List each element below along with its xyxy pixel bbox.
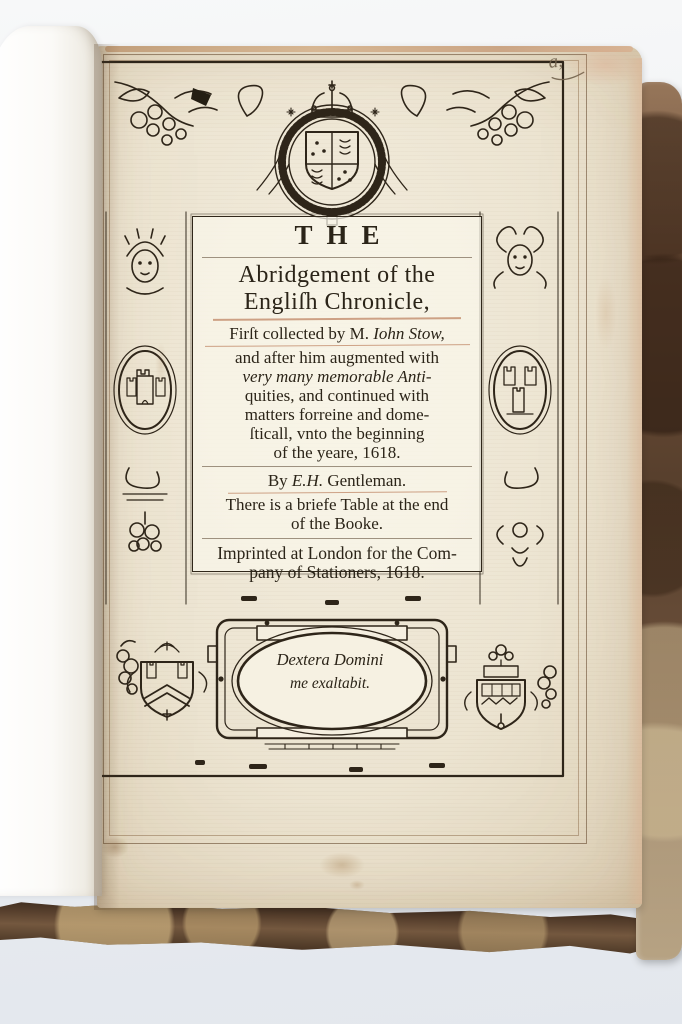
castle-medallion-left bbox=[114, 346, 176, 434]
body-line: ſticall, vnto the beginning bbox=[193, 424, 481, 443]
byline-post: Gentleman. bbox=[323, 471, 406, 490]
shield-right-ornament bbox=[465, 645, 538, 729]
motto-line-1: Dextera Domini bbox=[213, 647, 447, 673]
attribution-author-italic: Iohn Stow, bbox=[373, 324, 444, 343]
body-line: of the yeare, 1618. bbox=[193, 443, 481, 462]
motto-line-2: me exaltabit. bbox=[213, 673, 447, 695]
cherub-head-ornament bbox=[494, 227, 546, 288]
title-line-1: Abridgement of the bbox=[193, 262, 481, 289]
fruit-pendant-right bbox=[538, 666, 556, 708]
page-fore-edge-tint bbox=[626, 58, 642, 904]
royal-quartered-shield bbox=[306, 132, 358, 189]
age-stain bbox=[319, 852, 365, 878]
body-line: matters forreine and dome- bbox=[193, 405, 481, 424]
byline-pre: By bbox=[268, 471, 292, 490]
byline-initials-italic: E.H. bbox=[292, 471, 323, 490]
age-stain bbox=[595, 276, 617, 350]
imprint-line-2: pany of Stationers, 1618. bbox=[193, 563, 481, 582]
age-stain bbox=[349, 880, 365, 890]
red-ink-underline bbox=[205, 344, 470, 347]
red-ink-underline bbox=[213, 317, 461, 321]
photo-of-antique-book-title-page: THE Abridgement of the Engliſh Chronicle… bbox=[0, 0, 682, 1024]
facing-page bbox=[0, 26, 102, 896]
border-right-column bbox=[480, 212, 558, 604]
volute-right bbox=[505, 468, 538, 488]
motto-cartouche-text: Dextera Domini me exaltabit. bbox=[213, 647, 447, 695]
body-line: quities, and continued with bbox=[193, 386, 481, 405]
volute-left bbox=[126, 468, 159, 488]
putto-right bbox=[497, 523, 543, 566]
volute-top-left bbox=[238, 86, 262, 116]
attribution-roman: Firſt collected by M. bbox=[229, 324, 373, 343]
head-word: THE bbox=[193, 220, 481, 250]
small-woodcut-marks-upper bbox=[241, 596, 421, 605]
shield-left-ornament bbox=[127, 642, 206, 720]
title-text-panel: THE Abridgement of the Engliſh Chronicle… bbox=[192, 216, 482, 572]
title-line-2: Engliſh Chronicle, bbox=[193, 289, 481, 316]
body-line: and after him augmented with bbox=[193, 348, 481, 367]
ornament-top-right-fruit bbox=[447, 82, 549, 145]
castle-medallion-right bbox=[489, 346, 551, 434]
printed-rule bbox=[202, 538, 473, 539]
border-bottom-band bbox=[117, 620, 556, 772]
handwritten-annotation: a, bbox=[547, 48, 586, 84]
border-left-column bbox=[106, 212, 186, 604]
volute-top-right bbox=[402, 86, 426, 116]
imprint-line-1: Imprinted at London for the Com- bbox=[193, 544, 481, 563]
body-line-italic: very many memorable Anti- bbox=[193, 367, 481, 386]
printed-rule bbox=[202, 466, 473, 467]
handwritten-annotation-text: a, bbox=[547, 50, 563, 72]
mask-head-ornament bbox=[125, 229, 165, 294]
attribution-line: Firſt collected by M. Iohn Stow, bbox=[193, 324, 481, 343]
table-note-line-2: of the Booke. bbox=[193, 514, 481, 533]
byline: By E.H. Gentleman. bbox=[193, 471, 481, 490]
red-ink-underline bbox=[228, 491, 447, 494]
table-note-line-1: There is a briefe Table at the end bbox=[193, 495, 481, 514]
title-page: THE Abridgement of the Engliſh Chronicle… bbox=[97, 46, 642, 908]
fruit-left bbox=[129, 512, 161, 551]
small-woodcut-marks-lower bbox=[195, 760, 445, 772]
leather-cover-right-edge bbox=[636, 82, 682, 960]
printed-rule bbox=[202, 257, 473, 258]
